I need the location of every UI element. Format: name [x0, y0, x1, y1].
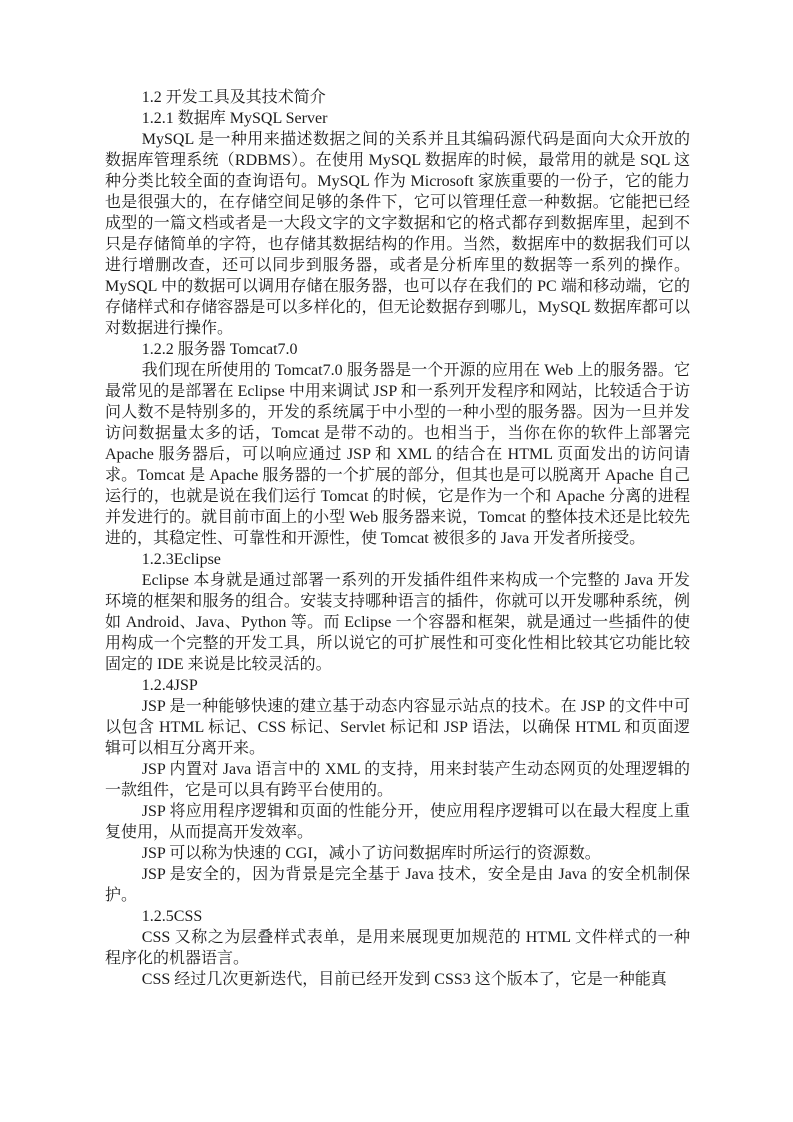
section-heading-mysql: 1.2.1 数据库 MySQL Server [105, 108, 690, 129]
paragraph-jsp-2: JSP 内置对 Java 语言中的 XML 的支持，用来封装产生动态网页的处理逻… [105, 759, 690, 801]
document-content: 1.2 开发工具及其技术简介 1.2.1 数据库 MySQL Server My… [105, 87, 690, 990]
section-heading-tomcat: 1.2.2 服务器 Tomcat7.0 [105, 339, 690, 360]
paragraph-jsp-4: JSP 可以称为快速的 CGI，减小了访问数据库时所运行的资源数。 [105, 843, 690, 864]
section-heading-jsp: 1.2.4JSP [105, 675, 690, 696]
paragraph-jsp-5: JSP 是安全的，因为背景是完全基于 Java 技术，安全是由 Java 的安全… [105, 864, 690, 906]
paragraph-eclipse: Eclipse 本身就是通过部署一系列的开发插件组件来构成一个完整的 Java … [105, 570, 690, 675]
document-page: 1.2 开发工具及其技术简介 1.2.1 数据库 MySQL Server My… [0, 0, 793, 1122]
paragraph-css-2: CSS 经过几次更新迭代，目前已经开发到 CSS3 这个版本了，它是一种能真 [105, 969, 690, 990]
section-heading-dev-tools: 1.2 开发工具及其技术简介 [105, 87, 690, 108]
paragraph-css-1: CSS 又称之为层叠样式表单，是用来展现更加规范的 HTML 文件样式的一种程序… [105, 927, 690, 969]
paragraph-tomcat: 我们现在所使用的 Tomcat7.0 服务器是一个开源的应用在 Web 上的服务… [105, 360, 690, 549]
paragraph-mysql: MySQL 是一种用来描述数据之间的关系并且其编码源代码是面向大众开放的数据库管… [105, 129, 690, 339]
paragraph-jsp-1: JSP 是一种能够快速的建立基于动态内容显示站点的技术。在 JSP 的文件中可以… [105, 696, 690, 759]
paragraph-jsp-3: JSP 将应用程序逻辑和页面的性能分开，使应用程序逻辑可以在最大程度上重复使用，… [105, 801, 690, 843]
section-heading-css: 1.2.5CSS [105, 906, 690, 927]
section-heading-eclipse: 1.2.3Eclipse [105, 549, 690, 570]
